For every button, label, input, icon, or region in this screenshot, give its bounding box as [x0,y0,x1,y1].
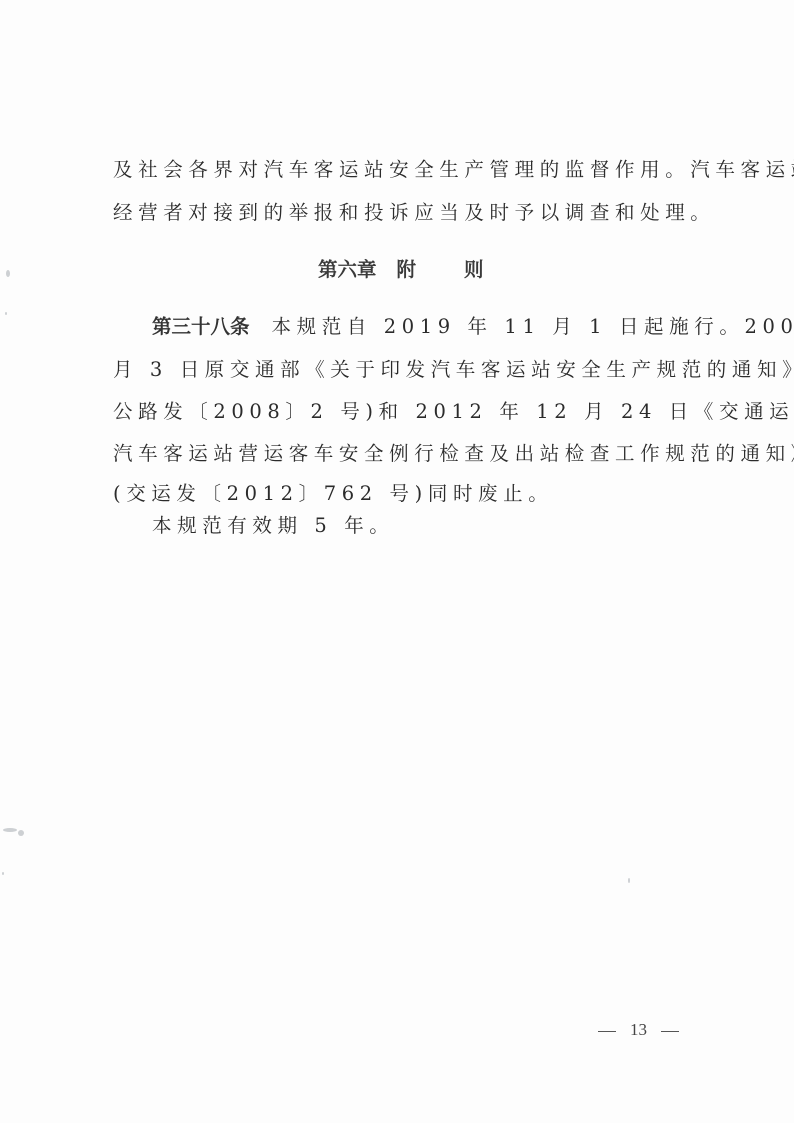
scan-artifact [2,872,4,875]
scan-artifact [628,878,630,883]
scan-artifact [3,828,17,832]
chapter-heading: 第六章附则 [318,256,484,284]
paragraph-line: 及社会各界对汽车客运站安全生产管理的监督作用。汽车客运站 [113,156,794,184]
scan-artifact [5,312,7,315]
page-number: 13 [598,1020,679,1040]
chapter-number: 第六章 [318,256,377,284]
article-first-line: 第三十八条本规范自 2019 年 11 月 1 日起施行。2008 年 1 [152,313,794,341]
scan-artifact [18,830,24,836]
article-text: 本规范自 2019 年 11 月 1 日起施行。2008 年 1 [272,315,794,338]
validity-paragraph: 本规范有效期 5 年。 [152,512,394,540]
chapter-title-part: 则 [464,256,484,284]
document-page: 及社会各界对汽车客运站安全生产管理的监督作用。汽车客运站 经营者对接到的举报和投… [0,0,794,1123]
dash-decoration [598,1031,616,1032]
article-line: 月 3 日原交通部《关于印发汽车客运站安全生产规范的通知》(交 [113,356,794,384]
article-line: (交运发〔2012〕762 号)同时废止。 [113,480,553,508]
dash-decoration [661,1031,679,1032]
article-number: 第三十八条 [152,315,250,338]
page-number-value: 13 [630,1020,647,1039]
chapter-title-part: 附 [397,256,417,284]
paragraph-line: 经营者对接到的举报和投诉应当及时予以调查和处理。 [113,199,715,227]
article-line: 公路发〔2008〕2 号)和 2012 年 12 月 24 日《交通运输部关于印… [113,398,794,426]
scan-artifact [6,270,10,277]
article-line: 汽车客运站营运客车安全例行检查及出站检查工作规范的通知》 [113,440,794,468]
